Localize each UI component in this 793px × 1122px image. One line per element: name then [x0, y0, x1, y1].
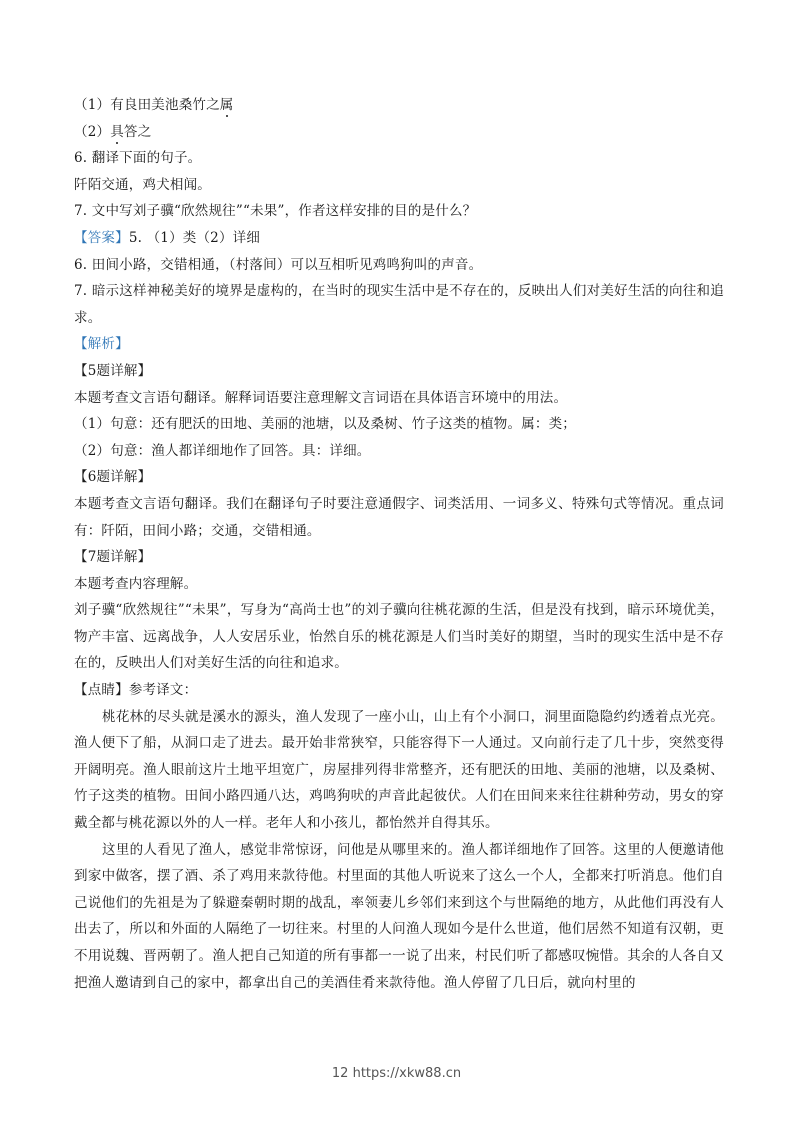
commentary-label: 【点睛】: [74, 682, 129, 698]
q6-sentence: 阡陌交通，鸡犬相闻。: [74, 172, 724, 199]
q7-prompt: 7. 文中写刘子骥“欣然规往”“未果”，作者这样安排的目的是什么？: [74, 198, 724, 225]
q7-detail-body: 刘子骥“欣然规往”“未果”，写身为“高尚士也”的刘子骥向往桃花源的生活，但是没有…: [74, 597, 724, 677]
emphasis-dotted-char: 具: [110, 124, 124, 140]
page-number: 12: [332, 1066, 349, 1081]
q6-detail-heading: 【6题详解】: [74, 464, 724, 491]
footer-url: https://xkw88.cn: [353, 1066, 462, 1081]
answer-q5-text: 5. （1）类（2）详细: [129, 230, 260, 246]
answer-q5: 【答案】5. （1）类（2）详细: [74, 225, 724, 252]
q6-detail-body: 本题考查文言语句翻译。我们在翻译句子时要注意通假字、词类活用、一词多义、特殊句式…: [74, 491, 724, 544]
q5-item2-suffix: 答之: [124, 124, 151, 140]
q7-detail-heading: 【7题详解】: [74, 544, 724, 571]
answer-q6: 6. 田间小路，交错相通，（村落间）可以互相听见鸡鸣狗叫的声音。: [74, 252, 724, 279]
q5-item2-prefix: （2）: [74, 124, 110, 140]
q5-detail-item1: （1）句意：还有肥沃的田地、美丽的池塘，以及桑树、竹子这类的植物。属：类；: [74, 411, 724, 438]
q7-detail-intro: 本题考查内容理解。: [74, 571, 724, 598]
answer-label: 【答案】: [74, 230, 129, 246]
translation-paragraph-1: 桃花林的尽头就是溪水的源头，渔人发现了一座小山，山上有个小洞口，洞里面隐隐约约透…: [74, 704, 724, 837]
emphasis-dotted-char: 属: [220, 97, 234, 113]
q5-item1: （1）有良田美池桑竹之属: [74, 92, 724, 119]
answer-q7: 7. 暗示这样神秘美好的境界是虚构的，在当时的现实生活中是不存在的，反映出人们对…: [74, 278, 724, 331]
q5-item2: （2）具答之: [74, 119, 724, 146]
analysis-label: 【解析】: [74, 331, 724, 358]
page-footer: 12 https://xkw88.cn: [0, 1066, 793, 1081]
q5-detail-intro: 本题考查文言语句翻译。解释词语要注意理解文言词语在具体语言环境中的用法。: [74, 385, 724, 412]
q5-detail-heading: 【5题详解】: [74, 358, 724, 385]
q5-detail-item2: （2）句意：渔人都详细地作了回答。具：详细。: [74, 438, 724, 465]
commentary-title: 参考译文：: [129, 682, 198, 698]
translation-paragraph-2: 这里的人看见了渔人，感觉非常惊讶，问他是从哪里来的。渔人都详细地作了回答。这里的…: [74, 837, 724, 997]
q6-prompt: 6. 翻译下面的句子。: [74, 145, 724, 172]
q5-item1-text: （1）有良田美池桑竹之: [74, 97, 220, 113]
commentary-heading: 【点睛】参考译文：: [74, 677, 724, 704]
document-page: （1）有良田美池桑竹之属 （2）具答之 6. 翻译下面的句子。 阡陌交通，鸡犬相…: [74, 92, 724, 996]
